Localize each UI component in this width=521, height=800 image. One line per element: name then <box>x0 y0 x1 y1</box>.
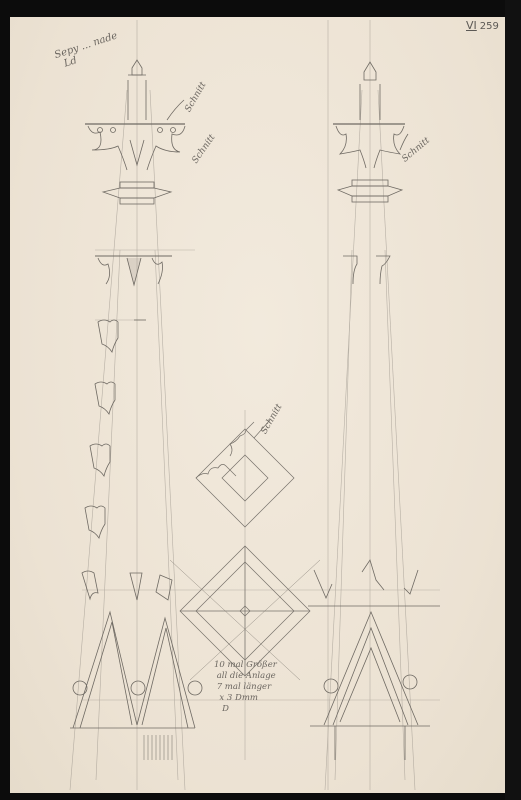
catalog-number: VI259 <box>466 19 499 32</box>
left-tower <box>70 60 202 760</box>
catalog-sheet-number: 259 <box>480 21 499 32</box>
annotation-center-note: 10 mal Größer all die Anlage 7 mal länge… <box>214 660 277 715</box>
catalog-volume: VI <box>466 19 477 32</box>
